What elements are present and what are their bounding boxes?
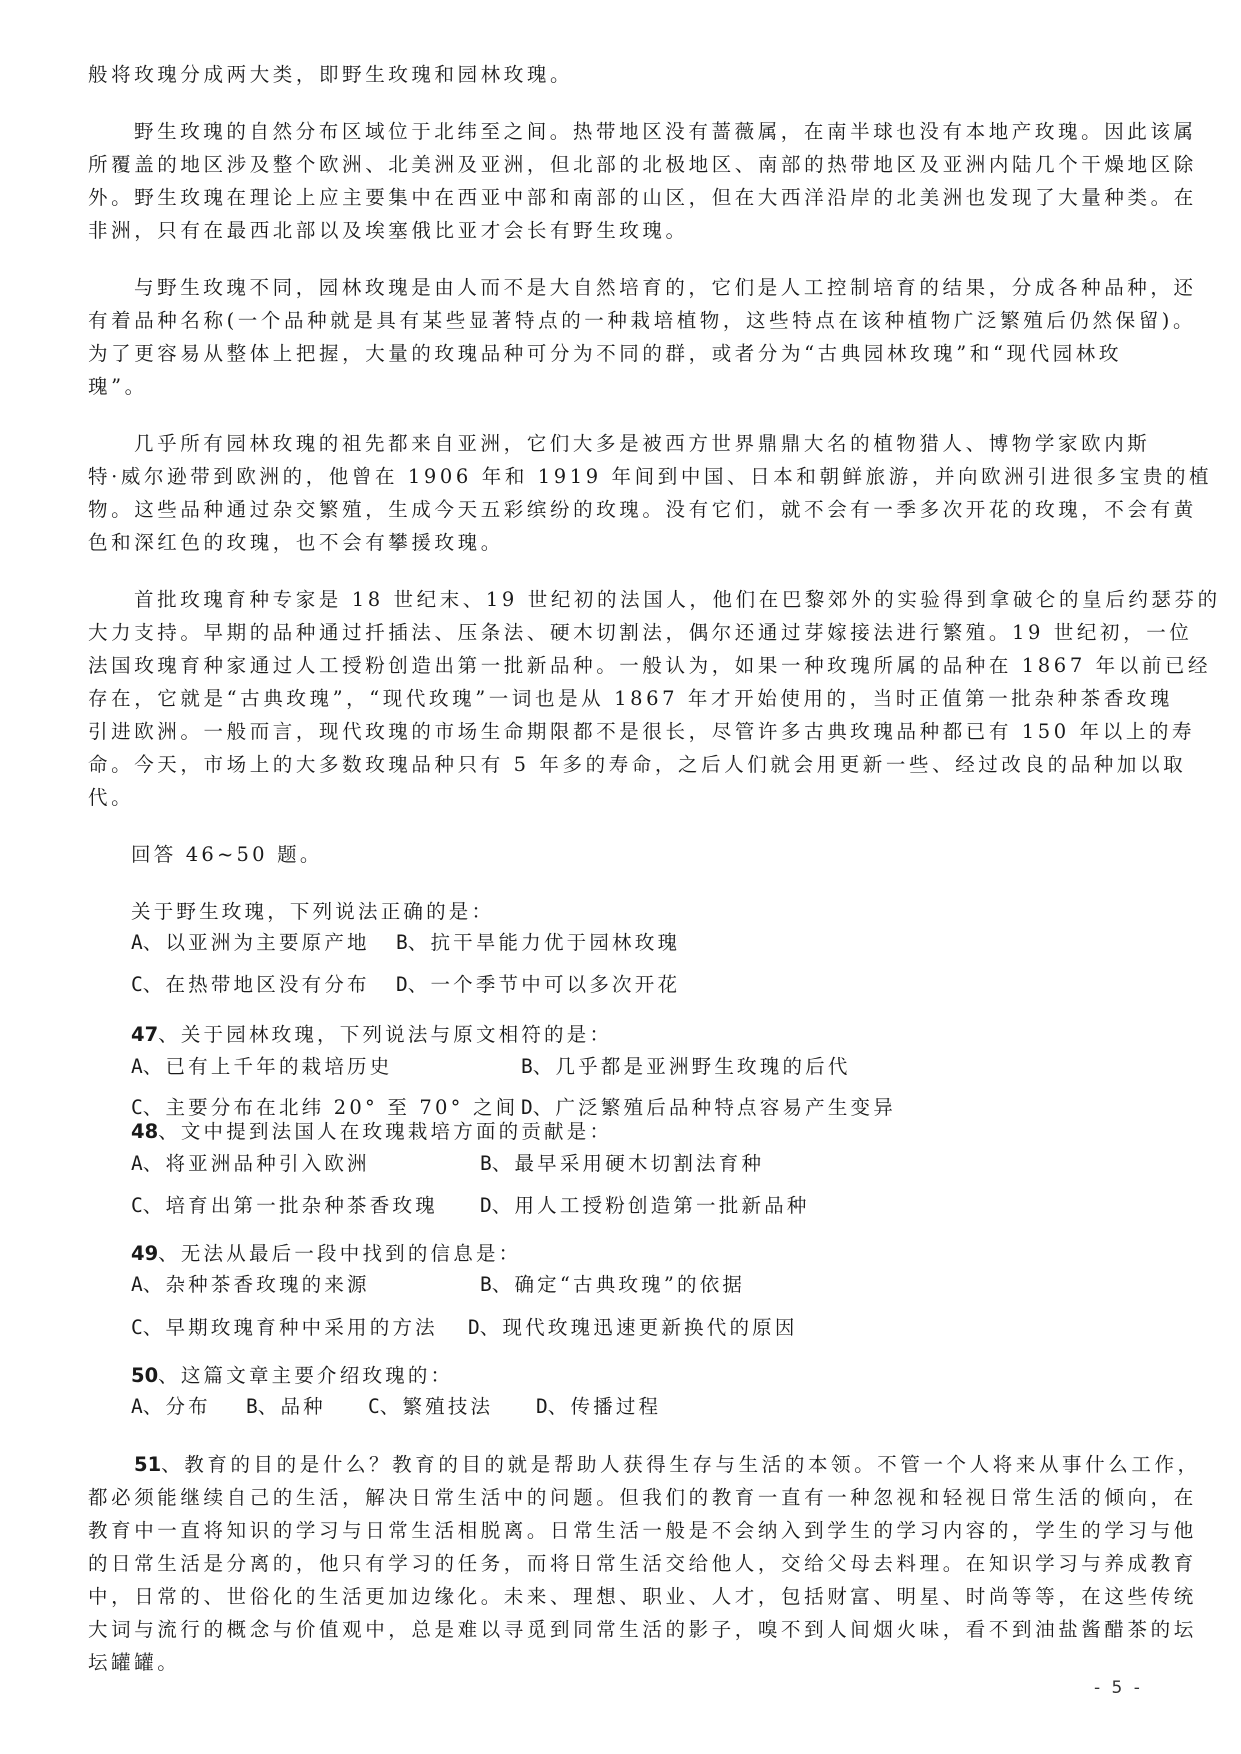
option-c: C、培育出第一批杂种茶香玫瑰 bbox=[131, 1193, 438, 1219]
option-a: A、以亚洲为主要原产地 bbox=[131, 930, 370, 956]
paragraph-line: 首批玫瑰育种专家是 18 世纪末、19 世纪初的法国人，他们在巴黎郊外的实验得到… bbox=[134, 587, 1138, 613]
document-page: 般将玫瑰分成两大类，即野生玫瑰和园林玫瑰。 野生玫瑰的自然分布区域位于北纬至之间… bbox=[0, 0, 1241, 1754]
question-number: 48 bbox=[131, 1120, 158, 1143]
option-d: D、一个季节中可以多次开花 bbox=[396, 972, 680, 998]
option-c: C、繁殖技法 bbox=[368, 1394, 493, 1420]
paragraph-line: 教育中一直将知识的学习与日常生活相脱离。日常生活一般是不会纳入到学生的学习内容的… bbox=[88, 1518, 1138, 1544]
paragraph-line: 色和深红色的玫瑰，也不会有攀援玫瑰。 bbox=[88, 530, 1138, 556]
paragraph-line: 与野生玫瑰不同，园林玫瑰是由人而不是大自然培育的，它们是人工控制培育的结果，分成… bbox=[134, 275, 1138, 301]
option-d: D、现代玫瑰迅速更新换代的原因 bbox=[468, 1315, 798, 1341]
paragraph-line: 有着品种名称(一个品种就是具有某些显著特点的一种栽培植物，这些特点在该种植物广泛… bbox=[88, 308, 1138, 334]
question-stem: 48、文中提到法国人在玫瑰栽培方面的贡献是： bbox=[131, 1119, 1181, 1145]
question-number: 49 bbox=[131, 1242, 158, 1265]
paragraph-line: 所覆盖的地区涉及整个欧洲、北美洲及亚洲，但北部的北极地区、南部的热带地区及亚洲内… bbox=[88, 152, 1138, 178]
option-d: D、传播过程 bbox=[536, 1394, 661, 1420]
question-instruction: 回答 46~50 题。 bbox=[131, 842, 1181, 868]
paragraph-line: 命。今天，市场上的大多数玫瑰品种只有 5 年多的寿命，之后人们就会用更新一些、经… bbox=[88, 752, 1138, 778]
option-c: C、主要分布在北纬 20° 至 70° 之间 bbox=[131, 1095, 518, 1121]
option-b: B、几乎都是亚洲野生玫瑰的后代 bbox=[521, 1054, 851, 1080]
paragraph-line: 中，日常的、世俗化的生活更加边缘化。未来、理想、职业、人才，包括财富、明星、时尚… bbox=[88, 1584, 1138, 1610]
option-a: A、将亚洲品种引入欧洲 bbox=[131, 1151, 370, 1177]
paragraph-line: 为了更容易从整体上把握，大量的玫瑰品种可分为不同的群，或者分为“古典园林玫瑰”和… bbox=[88, 341, 1138, 367]
question-stem: 50、这篇文章主要介绍玫瑰的： bbox=[131, 1363, 1181, 1389]
option-b: B、品种 bbox=[246, 1394, 326, 1420]
paragraph-line: 法国玫瑰育种家通过人工授粉创造出第一批新品种。一般认为，如果一种玫瑰所属的品种在… bbox=[88, 653, 1138, 679]
option-a: A、杂种茶香玫瑰的来源 bbox=[131, 1272, 370, 1298]
paragraph-line: 瑰”。 bbox=[88, 374, 1138, 400]
question-number: 47 bbox=[131, 1023, 158, 1046]
question-number: 50 bbox=[131, 1364, 158, 1387]
question-stem: 47、关于园林玫瑰，下列说法与原文相符的是： bbox=[131, 1022, 1181, 1048]
option-a: A、分布 bbox=[131, 1394, 211, 1420]
paragraph-line: 野生玫瑰的自然分布区域位于北纬至之间。热带地区没有蔷薇属，在南半球也没有本地产玫… bbox=[134, 119, 1138, 145]
question-number: 51 bbox=[134, 1453, 161, 1476]
paragraph-line: 代。 bbox=[88, 785, 1138, 811]
paragraph-line: 特·威尔逊带到欧洲的，他曾在 1906 年和 1919 年间到中国、日本和朝鲜旅… bbox=[88, 464, 1138, 490]
page-number: - 5 - bbox=[1094, 1678, 1143, 1698]
option-b: B、抗干旱能力优于园林玫瑰 bbox=[396, 930, 680, 956]
paragraph-line: 大力支持。早期的品种通过扦插法、压条法、硬木切割法，偶尔还通过芽嫁接法进行繁殖。… bbox=[88, 620, 1138, 646]
paragraph-line: 引进欧洲。一般而言，现代玫瑰的市场生命期限都不是很长，尽管许多古典玫瑰品种都已有… bbox=[88, 719, 1138, 745]
option-b: B、最早采用硬木切割法育种 bbox=[480, 1151, 764, 1177]
paragraph-line: 物。这些品种通过杂交繁殖，生成今天五彩缤纷的玫瑰。没有它们，就不会有一季多次开花… bbox=[88, 497, 1138, 523]
paragraph-line: 外。野生玫瑰在理论上应主要集中在西亚中部和南部的山区，但在大西洋沿岸的北美洲也发… bbox=[88, 185, 1138, 211]
paragraph-line: 几乎所有园林玫瑰的祖先都来自亚洲，它们大多是被西方世界鼎鼎大名的植物猎人、博物学… bbox=[134, 431, 1138, 457]
question-stem: 49、无法从最后一段中找到的信息是： bbox=[131, 1241, 1181, 1267]
paragraph-line: 大词与流行的概念与价值观中，总是难以寻觅到同常生活的影子，嗅不到人间烟火味，看不… bbox=[88, 1617, 1138, 1643]
option-d: D、用人工授粉创造第一批新品种 bbox=[480, 1193, 810, 1219]
paragraph-line: 51、教育的目的是什么？教育的目的就是帮助人获得生存与生活的本领。不管一个人将来… bbox=[134, 1452, 1138, 1478]
option-b: B、确定“古典玫瑰”的依据 bbox=[480, 1272, 745, 1298]
question-stem-text: 关于野生玫瑰，下列说法正确的是： bbox=[131, 900, 494, 923]
question-stem: 关于野生玫瑰，下列说法正确的是： bbox=[131, 899, 1181, 925]
option-c: C、早期玫瑰育种中采用的方法 bbox=[131, 1315, 438, 1341]
paragraph-line: 都必须能继续自己的生活，解决日常生活中的问题。但我们的教育一直有一种忽视和轻视日… bbox=[88, 1485, 1138, 1511]
option-a: A、已有上千年的栽培历史 bbox=[131, 1054, 392, 1080]
paragraph-line: 般将玫瑰分成两大类，即野生玫瑰和园林玫瑰。 bbox=[88, 62, 1138, 88]
paragraph-line: 的日常生活是分离的，他只有学习的任务，而将日常生活交给他人，交给父母去料理。在知… bbox=[88, 1551, 1138, 1577]
option-d: D、广泛繁殖后品种特点容易产生变异 bbox=[521, 1095, 896, 1121]
paragraph-line: 存在，它就是“古典玫瑰”，“现代玫瑰”一词也是从 1867 年才开始使用的，当时… bbox=[88, 686, 1138, 712]
paragraph-line: 坛罐罐。 bbox=[88, 1650, 1138, 1676]
option-c: C、在热带地区没有分布 bbox=[131, 972, 370, 998]
paragraph-line: 非洲，只有在最西北部以及埃塞俄比亚才会长有野生玫瑰。 bbox=[88, 218, 1138, 244]
